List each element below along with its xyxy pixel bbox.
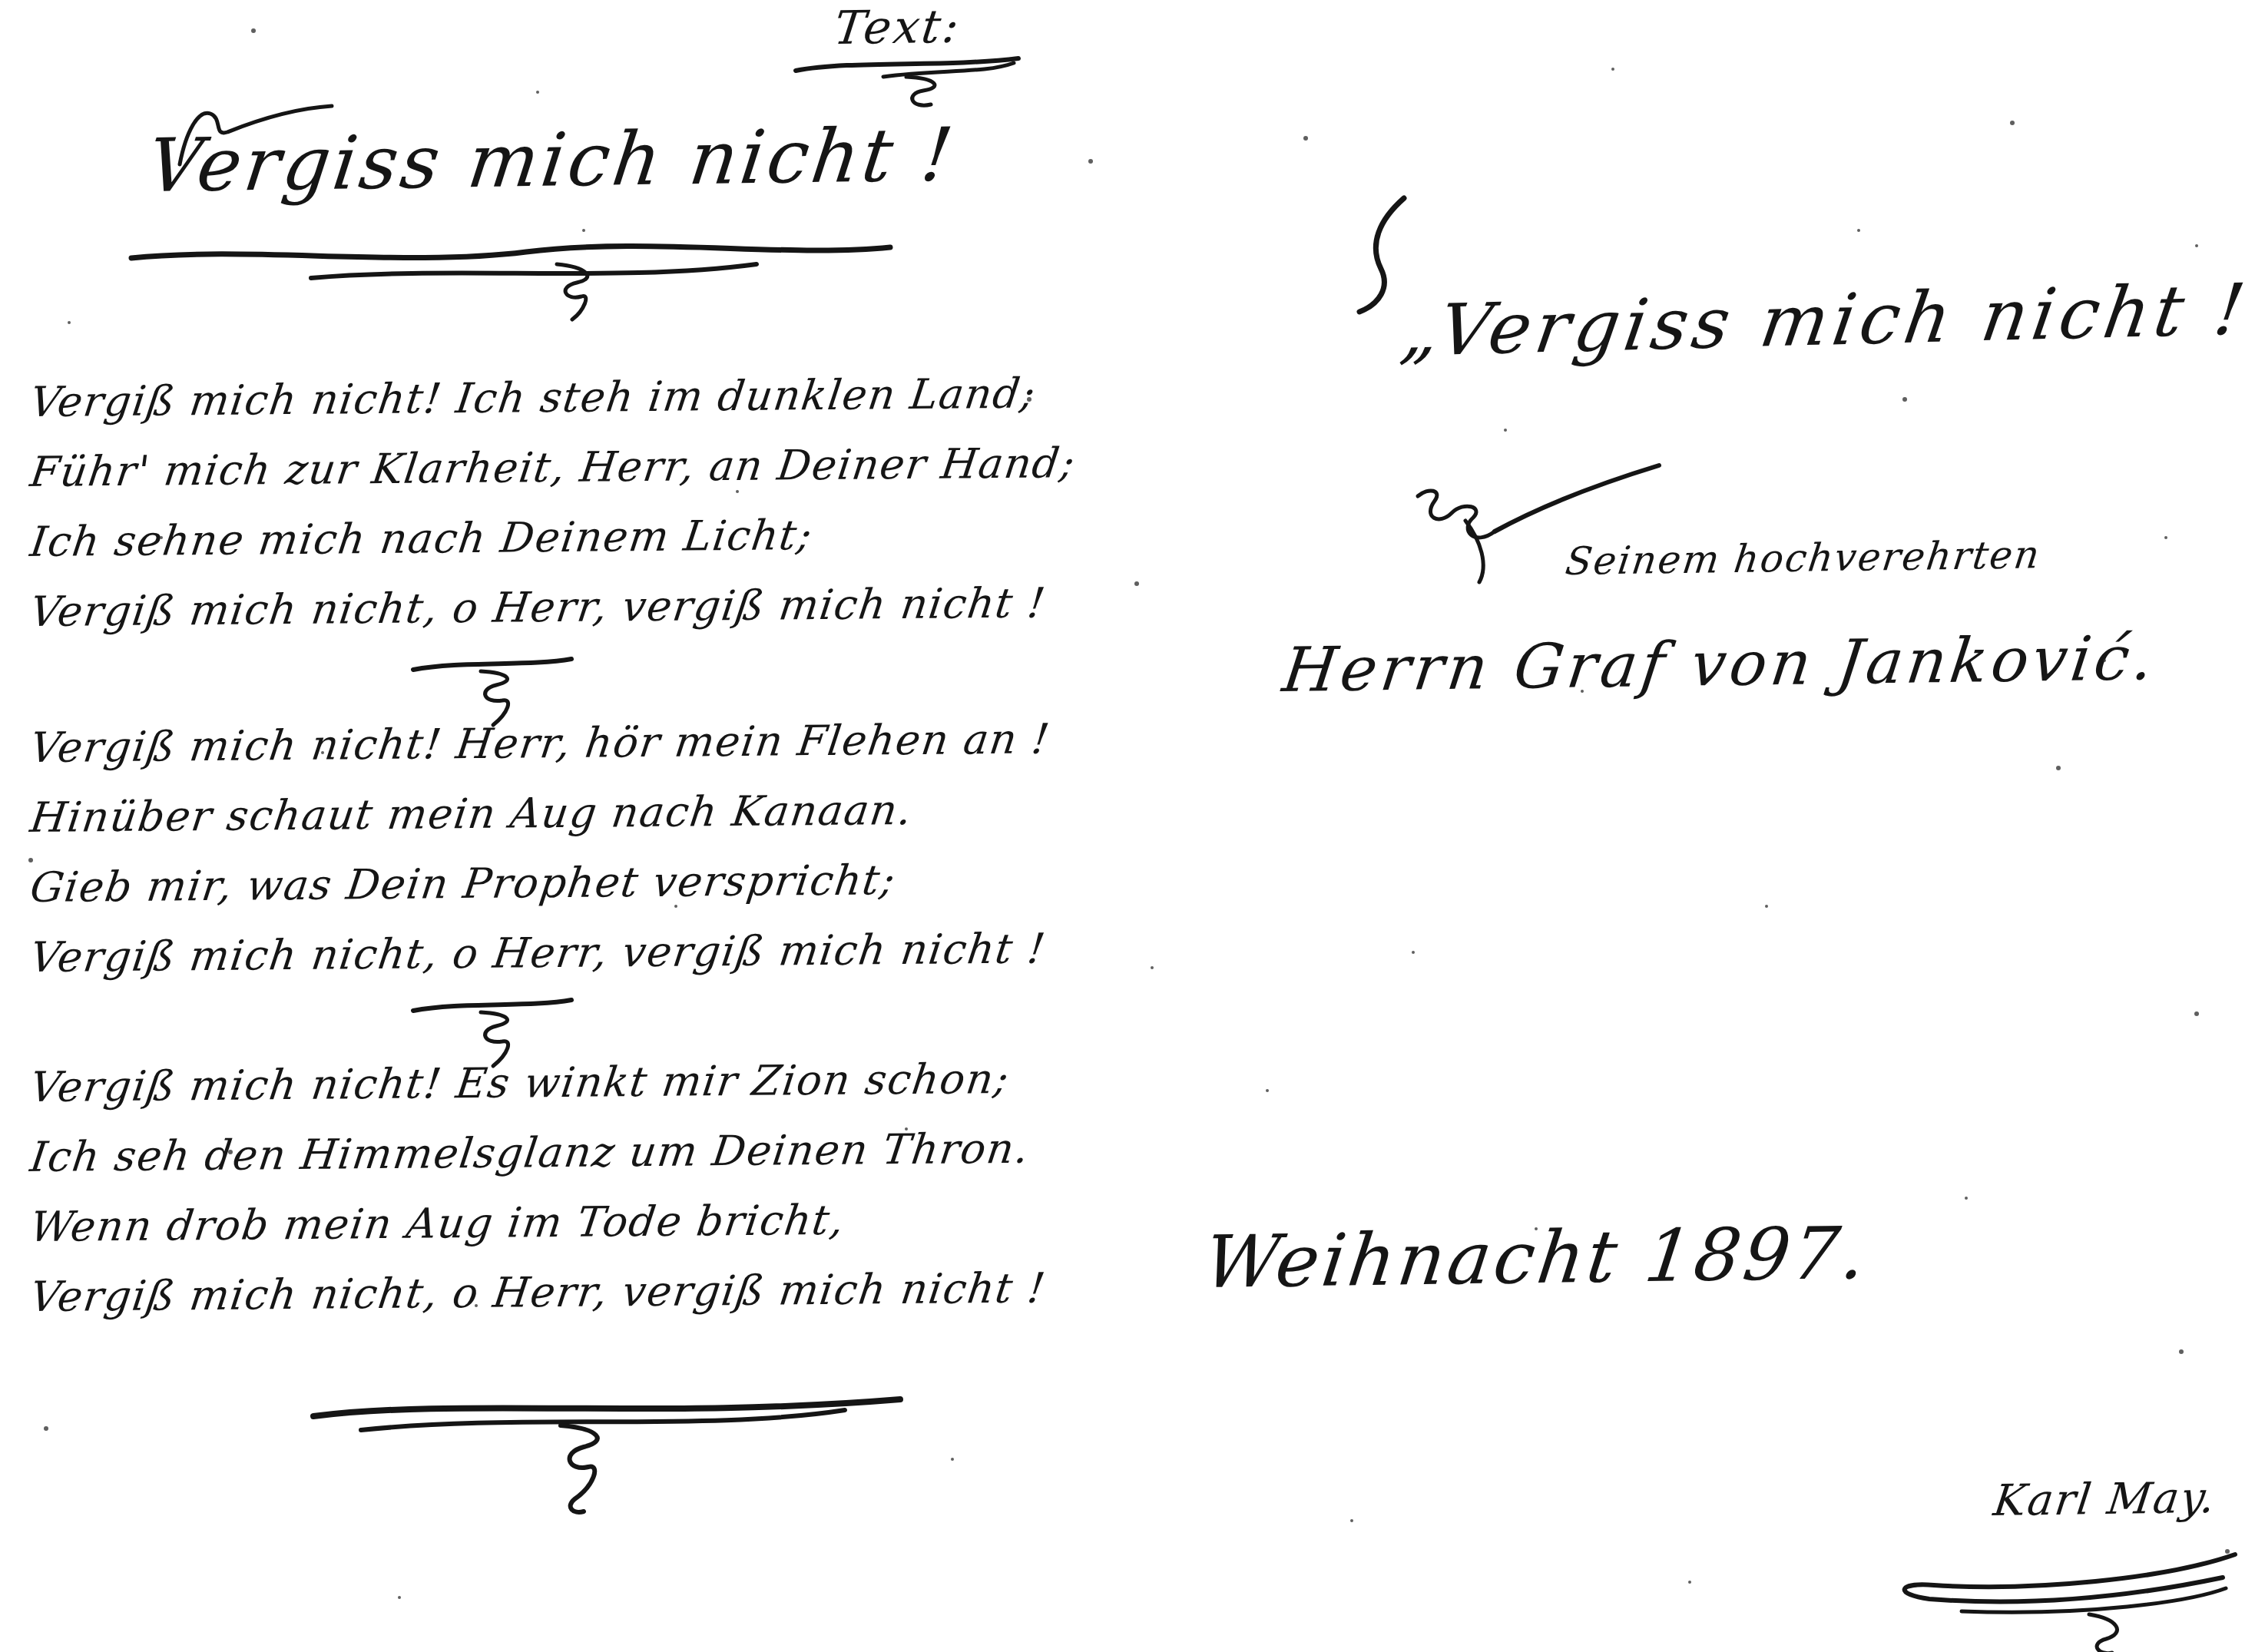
poem-line: Vergiß mich nicht! Es winkt mir Zion sch… (25, 1054, 1049, 1133)
poem-stanza-1: Vergiß mich nicht! Ich steh im dunklen L… (25, 378, 1068, 657)
dedication-title: „Vergiss mich nicht !“ (1396, 267, 2255, 372)
header-underline-flourish-icon (791, 51, 1029, 120)
poem-line: Gieb mir, was Dein Prophet verspricht; (25, 854, 1053, 933)
poem-line: Führ' mich zur Klarheit, Herr, an Deiner… (25, 439, 1078, 518)
poem-line: Vergiß mich nicht! Ich steh im dunklen L… (25, 369, 1078, 448)
poem-line: Hinüber schaut mein Aug nach Kanaan. (25, 784, 1053, 863)
poem-stanza-2: Vergiß mich nicht! Herr, hör mein Flehen… (25, 723, 1043, 1003)
title-underline-flourish-icon (127, 221, 895, 329)
dedication-line-1: Seinem hochverehrten (1563, 532, 2043, 584)
closing-flourish-icon (307, 1379, 906, 1521)
poem-line: Wenn drob mein Aug im Tode bricht, (25, 1193, 1049, 1273)
poem-line: Ich sehne mich nach Deinem Licht; (25, 508, 1078, 588)
signature: Karl May. (1991, 1473, 2219, 1526)
signature-flourish-icon (1888, 1534, 2243, 1652)
poem-stanza-3: Vergiß mich nicht! Es winkt mir Zion sch… (25, 1063, 1038, 1342)
poem-line: Vergiß mich nicht, o Herr, vergiß mich n… (25, 1263, 1049, 1342)
header-label: Text: (831, 0, 964, 55)
manuscript-page: Text: Vergiss mich nicht ! Vergiß mich n… (0, 0, 2255, 1652)
poem-line: Vergiß mich nicht, o Herr, vergiß mich n… (25, 578, 1078, 657)
poem-line: Vergiß mich nicht, o Herr, vergiß mich n… (25, 924, 1053, 1003)
dedication-date: Weihnacht 1897. (1200, 1212, 1873, 1305)
poem-line: Ich seh den Himmelsglanz um Deinen Thron… (25, 1124, 1049, 1203)
poem-line: Vergiß mich nicht! Herr, hör mein Flehen… (25, 714, 1053, 793)
poem-title: Vergiss mich nicht ! (143, 111, 960, 209)
dedication-line-2: Herrn Graf von Janković. (1279, 622, 2161, 706)
